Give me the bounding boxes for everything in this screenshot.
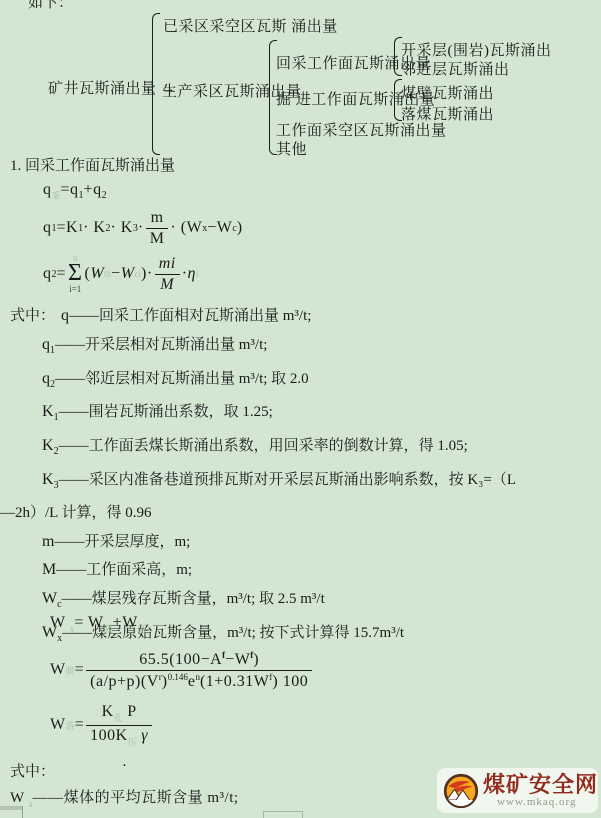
definition-row: q2——邻近层相对瓦斯涌出量 m³/t; 取 2.0 [10,365,600,399]
table-edge-artifact-left [0,806,22,810]
definition-row: K3——采区内准备巷道预排瓦斯对开采层瓦斯涌出影响系数，按 K₃=（L [10,466,600,500]
site-watermark: 煤矿安全网 www.mkaq.org [437,768,598,813]
table-edge-tick [22,806,23,818]
symbol-definitions: 式中：q——回采工作面相对瓦斯涌出量 m³/t;q1——开采层相对瓦斯涌出量 m… [10,302,600,653]
diagram-node-adjacent-layer: 邻近层瓦斯涌出 [401,58,510,79]
diagram-node-fallen-coal: 落煤瓦斯涌出 [401,103,494,124]
stray-dot: · [122,758,127,775]
formula-q1: q1=K1 · K2 · K3 · mM · (Wx−Wc) [43,206,243,250]
watermark-title: 煤矿安全网 [483,774,598,796]
shizhong-label-2: 式中： [10,760,55,781]
section-heading: 1. 回采工作面瓦斯涌出量 [10,154,175,175]
definition-row: m——开采层厚度，m; [10,528,600,557]
definition-row: K2——工作面丢煤长斯涌出系数，用回采率的倒数计算，得 1.05; [10,432,600,466]
watermark-url: www.mkaq.org [497,797,598,808]
table-edge-artifact-center [263,811,303,818]
diagram-node-already-mined: 已采区采空区瓦斯 涌出量 [163,15,338,36]
formula-w-free: W 游= K孔 P100K压 γ [50,700,154,750]
diagram-node-coal-wall: 煤壁瓦斯涌出 [401,82,494,103]
definition-w-average: W a——煤体的平均瓦斯含量 m³/t; [10,786,239,809]
definition-row: K1——围岩瓦斯涌出系数，取 1.25; [10,398,600,432]
definition-row: q1——开采层相对瓦斯涌出量 m³/t; [10,331,600,365]
document-page: 如下： 矿井瓦斯涌出量 → 已采区采空区瓦斯 涌出量 生产采区瓦斯涌出量 回采工… [0,0,601,818]
definition-row: M——工作面采高，m; [10,556,600,585]
formula-w-total: W x= W吸+W游 [50,614,147,635]
shizhong-label-1: 式中： [10,308,55,324]
diagram-node-mining-layer: 开采层(围岩)瓦斯涌出 [401,39,552,60]
formula-q2: q2=nΣi=1(W0i −Wci)·miM·ηi [43,250,198,298]
brace-level1 [152,13,160,155]
formula-q-total: q采=q1+q2 [43,181,107,202]
diagram-node-other: 其他 [276,138,307,159]
formula-w-adsorbed: W 吸= 65.5(100−Af−Wf)(a/p+p)(Vr)0.146en(1… [50,642,314,698]
definition-row: 式中：q——回采工作面相对瓦斯涌出量 m³/t; [10,302,600,331]
clipped-top-line: 如下： [28,0,73,12]
mkaq-logo-icon [443,773,479,809]
definition-row: —2h）/L 计算，得 0.96 [0,500,600,528]
